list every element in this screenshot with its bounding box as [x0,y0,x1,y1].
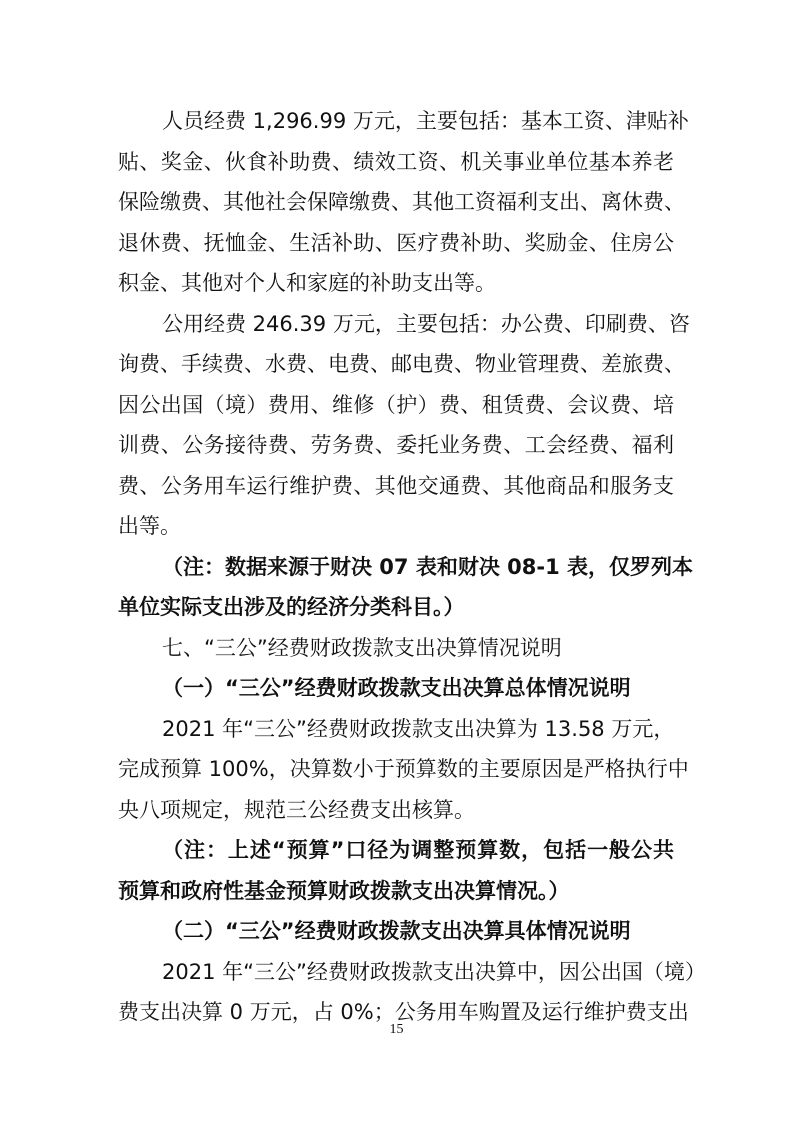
subsection-heading: （一）“三公”经费财政拨款支出决算总体情况说明 [118,668,674,709]
text-line: 贴、奖金、伙食补助费、绩效工资、机关事业单位基本养老 [118,142,674,183]
text-line: 退休费、抚恤金、生活补助、医疗费补助、奖励金、住房公 [118,223,674,264]
paragraph-three-public-detail: 2021 年“三公”经费财政拨款支出决算中，因公出国（境） 费支出决算 0 万元… [118,952,674,1033]
text-line: 2021 年“三公”经费财政拨款支出决算中，因公出国（境） [118,952,674,993]
section-heading: 七、“三公”经费财政拨款支出决算情况说明 [118,628,674,669]
text-line: 央八项规定，规范三公经费支出核算。 [118,790,674,831]
text-line: 积金、其他对个人和家庭的补助支出等。 [118,263,674,304]
paragraph-public-expenses: 公用经费 246.39 万元，主要包括：办公费、印刷费、咨 询费、手续费、水费、… [118,304,674,547]
text-line: 训费、公务接待费、劳务费、委托业务费、工会经费、福利 [118,425,674,466]
text-line: 询费、手续费、水费、电费、邮电费、物业管理费、差旅费、 [118,344,674,385]
note-budget-scope: （注：上述“预算”口径为调整预算数，包括一般公共 预算和政府性基金预算财政拨款支… [118,830,674,911]
text-line: 出等。 [118,506,674,547]
paragraph-three-public-total: 2021 年“三公”经费财政拨款支出决算为 13.58 万元， 完成预算 100… [118,709,674,831]
text-line: 公用经费 246.39 万元，主要包括：办公费、印刷费、咨 [118,304,674,345]
text-line: （注：数据来源于财决 07 表和财决 08-1 表，仅罗列本 [118,547,674,588]
note-data-source: （注：数据来源于财决 07 表和财决 08-1 表，仅罗列本 单位实际支出涉及的… [118,547,674,628]
subsection-heading: （二）“三公”经费财政拨款支出决算具体情况说明 [118,911,674,952]
paragraph-personnel-expenses: 人员经费 1,296.99 万元，主要包括：基本工资、津贴补 贴、奖金、伙食补助… [118,101,674,304]
text-line: （注：上述“预算”口径为调整预算数，包括一般公共 [118,830,674,871]
text-line: 2021 年“三公”经费财政拨款支出决算为 13.58 万元， [118,709,674,750]
text-line: 完成预算 100%，决算数小于预算数的主要原因是严格执行中 [118,749,674,790]
text-line: 预算和政府性基金预算财政拨款支出决算情况。） [118,871,674,912]
text-line: 因公出国（境）费用、维修（护）费、租赁费、会议费、培 [118,385,674,426]
text-line: 单位实际支出涉及的经济分类科目。） [118,587,674,628]
text-line: 人员经费 1,296.99 万元，主要包括：基本工资、津贴补 [118,101,674,142]
text-line: 保险缴费、其他社会保障缴费、其他工资福利支出、离休费、 [118,182,674,223]
page-number: 15 [0,1022,793,1038]
text-line: 费、公务用车运行维护费、其他交通费、其他商品和服务支 [118,466,674,507]
document-page: 人员经费 1,296.99 万元，主要包括：基本工资、津贴补 贴、奖金、伙食补助… [118,101,674,1033]
